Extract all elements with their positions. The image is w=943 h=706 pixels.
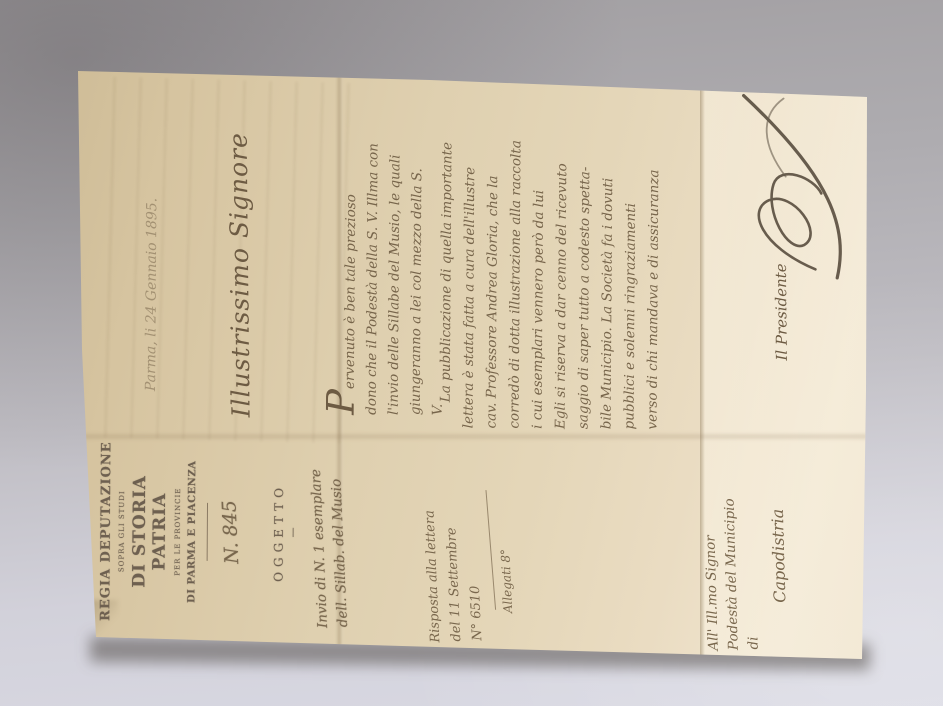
body2-line6: Egli si riserva a dar cenno del ricevuto	[549, 81, 574, 429]
body2-line3: cav. Professore Andrea Gloria, che la	[480, 80, 505, 428]
letterhead-line3: DI STORIA PATRIA	[129, 436, 170, 626]
signature-flourish	[719, 90, 874, 299]
protocol-number: N. 845	[216, 437, 247, 628]
oggetto-label: OGGETTO	[271, 437, 286, 627]
body2-line8: bile Municipio. La Società fa i dovuti	[595, 81, 620, 429]
body-paragraph-2: La pubblicazione di quella importante le…	[434, 80, 666, 430]
addressee-city: Capodistria	[766, 434, 791, 603]
letterhead-line1: REGIA DEPUTAZIONE	[98, 436, 114, 626]
body2-line5: i cui esemplari vennero però da lui	[526, 81, 551, 429]
body2-line9: pubblici e solenni ringraziamenti	[618, 81, 643, 429]
flourished-initial: P	[319, 389, 363, 415]
oggetto-dash: —	[287, 437, 299, 627]
body2-line7: saggio di saper tutto a codesto spetta-	[572, 81, 597, 429]
body1-line4: giungeranno a lei col mezzo della S.	[405, 80, 429, 415]
salutation: Illustrissimo Signore	[224, 132, 256, 417]
addressee-block: All' Ill.mo Signor Podestà del Municipio…	[698, 434, 792, 651]
date-line: Parma, li 24 Gennaio 1895.	[143, 71, 161, 391]
document-content-rotated: REGIA DEPUTAZIONE SOPRA GLI STUDI DI STO…	[70, 69, 874, 658]
letter-paper: REGIA DEPUTAZIONE SOPRA GLI STUDI DI STO…	[0, 0, 943, 706]
letterhead-rule	[207, 503, 208, 561]
letterhead: REGIA DEPUTAZIONE SOPRA GLI STUDI DI STO…	[98, 436, 349, 628]
letterhead-line5: DI PARMA E PIACENZA	[186, 437, 198, 627]
body2-line4: corredò di dotta illustrazione alla racc…	[503, 81, 528, 429]
body2-line2: lettera è stata fatta a cura dell'illust…	[457, 80, 482, 428]
body1-line2: dono che il Podestà della S. V. Illma co…	[361, 80, 385, 415]
oggetto-subject: Invio di N. 1 esemplare dell. Sillab. de…	[305, 437, 354, 629]
letterhead-line2: SOPRA GLI STUDI	[117, 436, 126, 626]
body-paragraph-1: Pervenuto è ben tale prezioso dono che i…	[331, 80, 451, 416]
body2-line10: verso di chi mandava e di assicuranza	[641, 82, 666, 430]
body1-line3: l'invio delle Sillabe del Musio, le qual…	[383, 80, 407, 415]
reference-block: Risposta alla lettera del 11 Settembre N…	[416, 434, 520, 643]
letterhead-line4: PER LE PROVINCIE	[173, 437, 182, 627]
reference-allegati: Allegati 8°	[490, 434, 519, 614]
photo-scene: REGIA DEPUTAZIONE SOPRA GLI STUDI DI STO…	[0, 0, 943, 706]
body2-line1: La pubblicazione di quella importante	[434, 80, 459, 428]
body1-line1: Pervenuto è ben tale prezioso	[331, 80, 363, 415]
